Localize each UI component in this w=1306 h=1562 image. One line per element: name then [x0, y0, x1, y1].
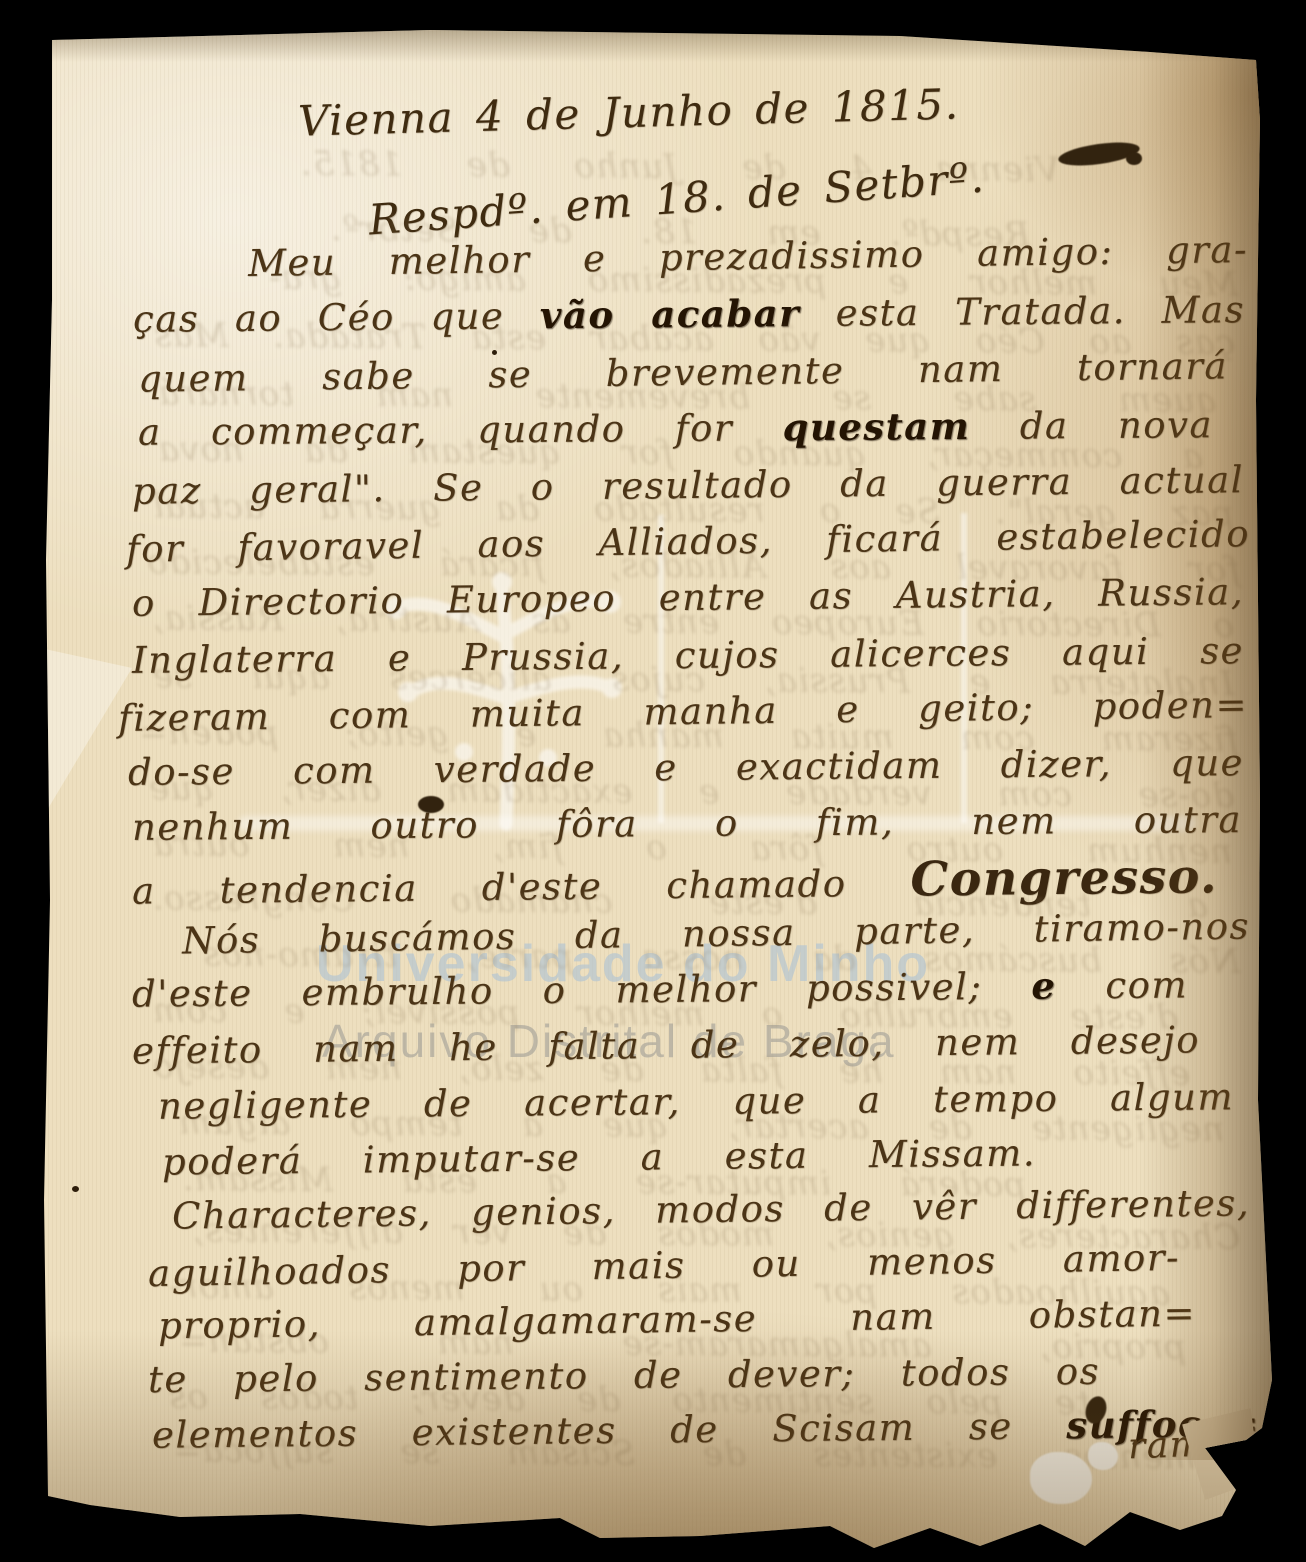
manuscript-line: Nós buscámos da nossa parte, tiramo-nos: [182, 908, 1250, 960]
manuscript-word: Inglaterra e Prussia, cujos alicerces aq…: [132, 629, 1244, 682]
manuscript-line: Inglaterra e Prussia, cujos alicerces aq…: [132, 632, 1244, 679]
manuscript-word: esta Tratada. Mas: [800, 288, 1245, 335]
emphasized-word: questam: [782, 404, 970, 449]
response-annotation: Respdº. em 18. de Setbrº.: [367, 157, 986, 242]
manuscript-word: proprio, amalgamaram-se nam obstan=: [158, 1292, 1196, 1348]
manuscript-line: negligente de acertar, que a tempo algum: [158, 1078, 1234, 1124]
dust-speck: [492, 350, 497, 355]
torn-area: [1088, 1442, 1118, 1470]
torn-area: [1236, 1470, 1256, 1486]
manuscript-word: a tendencia d'este chamado: [132, 862, 911, 913]
manuscript-line: o Directorio Europeo entre as Austria, R…: [132, 573, 1244, 622]
manuscript-word: paz geral". Se o resultado da guerra act…: [132, 458, 1244, 513]
manuscript-line: do-se com verdade e exactidam dizer, que: [128, 744, 1244, 791]
emphasized-word: e: [1031, 964, 1056, 1008]
page-edge-shading: [40, 28, 1270, 62]
manuscript-line: d'este embrulho o melhor possivel; e com: [132, 966, 1188, 1012]
ink-smudge: [1126, 152, 1142, 165]
manuscript-word: ças ao Céo que: [133, 294, 540, 341]
torn-area: [1182, 1408, 1260, 1500]
manuscript-word: effeito nam he falta de zelo, nem desejo: [132, 1018, 1200, 1072]
manuscript-line: te pelo sentimento de dever; todos os: [148, 1353, 1100, 1398]
manuscript-word: for favoravel aos Alliados, ficará estab…: [126, 512, 1250, 571]
manuscript-line: ças ao Céo que vão acabar esta Tratada. …: [133, 291, 1245, 338]
manuscript-line: nenhum outro fôra o fim, nem outra: [132, 801, 1242, 846]
manuscript-word: do-se com verdade e exactidam dizer, que: [128, 741, 1244, 794]
manuscript-word: negligente de acertar, que a tempo algum: [158, 1075, 1234, 1127]
manuscript-line: for favoravel aos Alliados, ficará estab…: [126, 515, 1250, 568]
manuscript-word: te pelo sentimento de dever; todos os: [148, 1350, 1100, 1401]
emphasized-word: vão acabar: [540, 291, 801, 337]
dateline: Vienna 4 de Junho de 1815.: [298, 83, 960, 142]
manuscript-line: a tendencia d'este chamado Congresso.: [132, 853, 1218, 912]
manuscript-line: poderá imputar-se a esta Missam.: [162, 1134, 1036, 1180]
manuscript-word: com: [1056, 963, 1188, 1007]
manuscript-line: paz geral". Se o resultado da guerra act…: [132, 461, 1244, 510]
manuscript-word: a commeçar, quando for: [138, 406, 783, 453]
manuscript-line: a commeçar, quando for questam da nova: [138, 406, 1213, 451]
torn-area: [1030, 1452, 1092, 1504]
manuscript-word: quem sabe se brevemente nam tornará: [138, 344, 1228, 400]
manuscript-word: Nós buscámos da nossa parte, tiramo-nos: [182, 905, 1250, 963]
manuscript-word: da nova: [970, 403, 1213, 448]
manuscript-page: Universidade do Minho Arquivo Distrital …: [0, 0, 1306, 1562]
ink-blot: [418, 796, 444, 813]
manuscript-line: fizeram com muita manha e geito; poden=: [118, 686, 1248, 737]
manuscript-word: poderá imputar-se a esta Missam.: [162, 1131, 1036, 1183]
manuscript-line: proprio, amalgamaram-se nam obstan=: [158, 1295, 1196, 1345]
emphasized-word: Congresso.: [910, 849, 1218, 907]
manuscript-line: Characteres, genios, modos de vêr differ…: [172, 1184, 1250, 1234]
manuscript-line: quem sabe se brevemente nam tornará: [138, 347, 1228, 397]
manuscript-word: aguilhoados por mais ou menos amor-: [148, 1236, 1181, 1295]
scan-background: Universidade do Minho Arquivo Distrital …: [0, 0, 1306, 1562]
manuscript-word: elementos existentes de Scisam se: [152, 1404, 1067, 1457]
manuscript-word: d'este embrulho o melhor possivel;: [132, 965, 1032, 1016]
manuscript-line: effeito nam he falta de zelo, nem desejo: [132, 1021, 1200, 1069]
manuscript-word: Characteres, genios, modos de vêr differ…: [172, 1181, 1250, 1237]
manuscript-word: o Directorio Europeo entre as Austria, R…: [132, 570, 1244, 625]
dust-speck: [72, 1186, 79, 1192]
manuscript-line: aguilhoados por mais ou menos amor-: [148, 1239, 1180, 1292]
manuscript-word: nenhum outro fôra o fim, nem outra: [132, 798, 1242, 849]
manuscript-word: fizeram com muita manha e geito; poden=: [118, 683, 1248, 740]
